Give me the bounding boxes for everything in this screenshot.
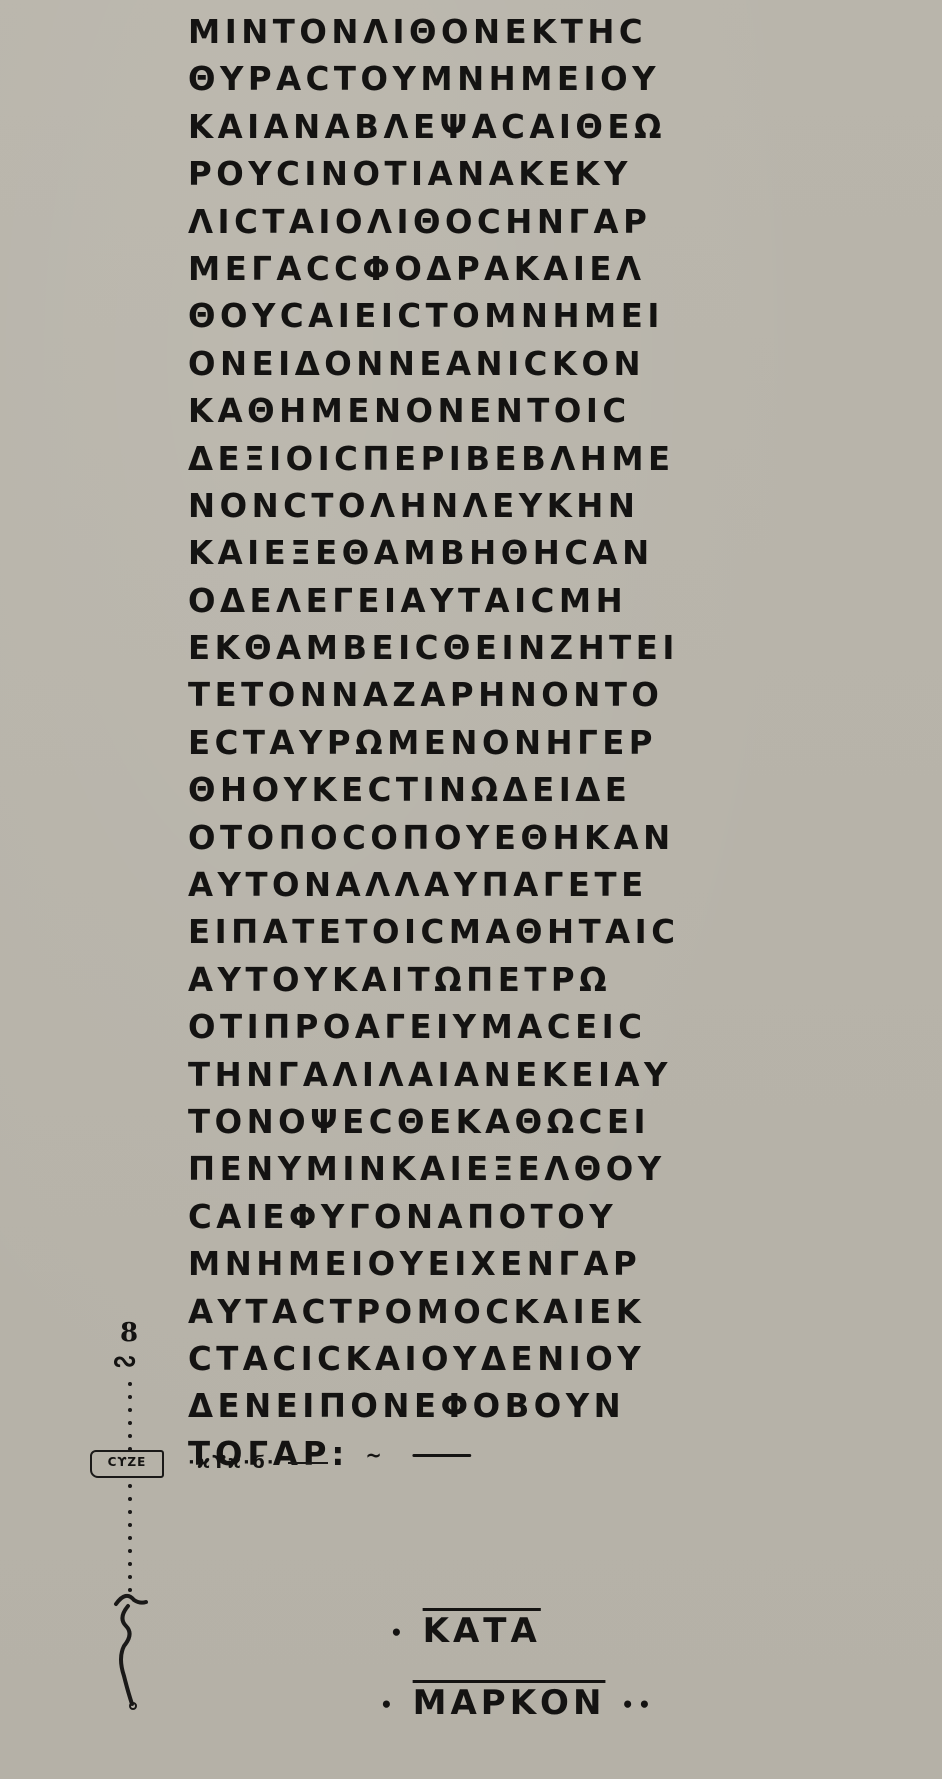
text-line-19: ΑΥΤΟΝΑΛΛΑΥΠΑΓΕΤΕ [188, 861, 815, 908]
text-line-27: ΜΝΗΜΕΙΟΥΕΙΧΕΝΓΑΡ [188, 1240, 815, 1287]
text-line-16: ΕϹΤΑΥΡωΜΕΝΟΝΗΓΕΡ [188, 719, 815, 766]
text-line-24: ΤΟΝΟΨΕϹΘΕΚΑΘωϹΕΙ [188, 1098, 815, 1145]
text-line-15: ΤΕΤΟΝΝΑΖΑΡΗΝΟΝΤΟ [188, 671, 815, 718]
squiggle-stroke-icon [288, 1462, 328, 1464]
text-line-26: ϹΑΙΕΦΥΓΟΝΑΠΟΤΟΥ [188, 1193, 815, 1240]
text-line-13: ΟΔΕΛΕΓΕΙΑΥΤΑΙϹΜΗ [188, 577, 815, 624]
subscription-line-1: • ΚΑΤΑ [360, 1595, 700, 1667]
text-line-25: ΠΕΝΥΜΙΝΚΑΙΕΞΕΛΘΟΥ [188, 1145, 815, 1192]
subscription-markon: ΜΑΡΚΟΝ [413, 1683, 606, 1723]
dotted-line-lower [127, 1484, 133, 1601]
text-line-7: ΘΟΥϹΑΙΕΙϹΤΟΜΝΗΜΕΙ [188, 292, 815, 339]
text-line-20: ΕΙΠΑΤΕΤΟΙϹΜΑΘΗΤΑΙϹ [188, 908, 815, 955]
squiggle-marks: ·ϰϒϰ·ϭ· [188, 1452, 276, 1473]
book-subscription: • ΚΑΤΑ • ΜΑΡΚΟΝ •• [360, 1595, 700, 1739]
text-line-21: ΑΥΤΟΥΚΑΙΤωΠΕΤΡω [188, 956, 815, 1003]
text-line-14: ΕΚΘΑΜΒΕΙϹΘΕΙΝΖΗΤΕΙ [188, 624, 815, 671]
text-line-3: ΚΑΙΑΝΑΒΛΕΨΑϹΑΙΘΕω [188, 103, 815, 150]
flourish-icon: ∾ [112, 1344, 137, 1379]
coronis-tail-icon [112, 1586, 152, 1716]
text-line-29: ϹΤΑϹΙϹΚΑΙΟΥΔΕΝΙΟΥ [188, 1335, 815, 1382]
text-line-17: ΘΗΟΥΚΕϹΤΙΝωΔΕΙΔΕ [188, 766, 815, 813]
text-line-9: ΚΑΘΗΜΕΝΟΝΕΝΤΟΙϹ [188, 387, 815, 434]
end-mark-icon: ~ [365, 1443, 386, 1467]
ornament-left-icon: • [380, 1693, 397, 1717]
text-line-10: ΔΕΞΙΟΙϹΠΕΡΙΒΕΒΛΗΜΕ [188, 435, 815, 482]
text-line-11: ΝΟΝϹΤΟΛΗΝΛΕΥΚΗΝ [188, 482, 815, 529]
manuscript-page: ΜΙΝΤΟΝΛΙΘΟΝΕΚΤΗϹ ΘΥΡΑϹΤΟΥΜΝΗΜΕΙΟΥ ΚΑΙΑΝΑ… [0, 0, 942, 1779]
subscription-kata: ΚΑΤΑ [423, 1611, 541, 1651]
text-line-8: ΟΝΕΙΔΟΝΝΕΑΝΙϹΚΟΝ [188, 340, 815, 387]
text-line-1: ΜΙΝΤΟΝΛΙΘΟΝΕΚΤΗϹ [188, 8, 815, 55]
text-column: ΜΙΝΤΟΝΛΙΘΟΝΕΚΤΗϹ ΘΥΡΑϹΤΟΥΜΝΗΜΕΙΟΥ ΚΑΙΑΝΑ… [188, 8, 828, 1477]
text-line-5: ΛΙϹΤΑΙΟΛΙΘΟϹΗΝΓΑΡ [188, 198, 815, 245]
ornament-right-icon: •• [621, 1693, 655, 1717]
text-line-4: ΡΟΥϹΙΝΟΤΙΑΝΑΚΕΚΥ [188, 150, 815, 197]
text-line-2: ΘΥΡΑϹΤΟΥΜΝΗΜΕΙΟΥ [188, 55, 815, 102]
coronis-ornament: ϹϒΖΕ [90, 1450, 164, 1478]
text-line-12: ΚΑΙΕΞΕΘΑΜΒΗΘΗϹΑΝ [188, 529, 815, 576]
text-line-6: ΜΕΓΑϹϹΦΟΔΡΑΚΑΙΕΛ [188, 245, 815, 292]
text-line-28: ΑΥΤΑϹΤΡΟΜΟϹΚΑΙΕΚ [188, 1288, 815, 1335]
end-stroke-icon [413, 1454, 472, 1457]
ornament-left-icon: • [390, 1621, 407, 1645]
text-line-18: ΟΤΟΠΟϹΟΠΟΥΕΘΗΚΑΝ [188, 814, 815, 861]
dotted-line-upper [127, 1382, 133, 1460]
text-line-30: ΔΕΝΕΙΠΟΝΕΦΟΒΟΥΝ [188, 1382, 815, 1429]
marginal-squiggle: ·ϰϒϰ·ϭ· [188, 1452, 328, 1473]
text-line-23: ΤΗΝΓΑΛΙΛΑΙΑΝΕΚΕΙΑΥ [188, 1051, 815, 1098]
subscription-line-2: • ΜΑΡΚΟΝ •• [360, 1667, 700, 1739]
text-line-22: ΟΤΙΠΡΟΑΓΕΙΥΜΑϹΕΙϹ [188, 1003, 815, 1050]
